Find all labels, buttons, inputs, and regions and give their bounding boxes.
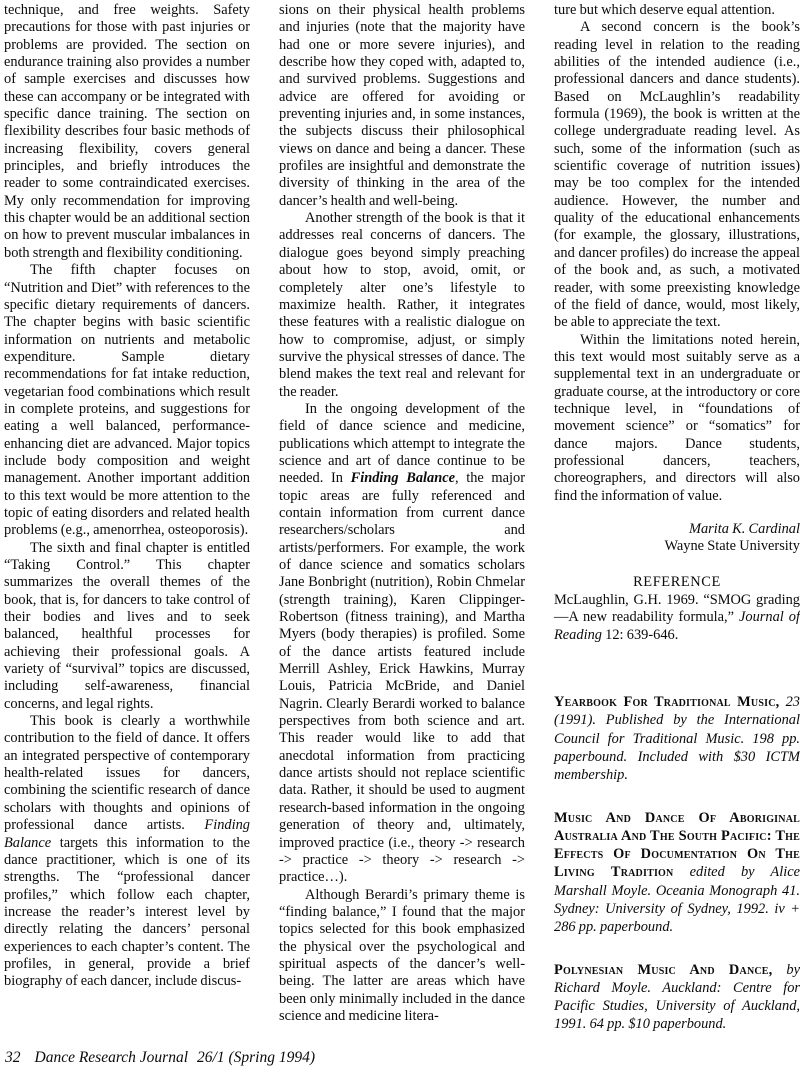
- text-run: ture but which deserve equal attention.: [554, 2, 775, 18]
- text-run: Wayne State University: [664, 538, 800, 554]
- text-run: Yearbook For Traditional Music,: [554, 694, 779, 710]
- text-run: 12: 639-646.: [602, 627, 678, 643]
- text-run: The fifth chapter focuses on “Nutrition …: [4, 262, 250, 538]
- column-3: ture but which deserve equal attention.A…: [554, 2, 800, 1034]
- body-indent: A second concern is the book’s reading l…: [554, 19, 800, 331]
- text-run: This book is clearly a worthwhile contri…: [4, 713, 250, 833]
- body-indent: The fifth chapter focuses on “Nutrition …: [4, 262, 250, 540]
- text-run: Within the limitations noted herein, thi…: [554, 332, 800, 504]
- section-heading: REFERENCE: [554, 574, 800, 591]
- book-entry: Polynesian Music And Dance, by Richard M…: [554, 961, 800, 1034]
- text-columns: technique, and free weights. Safety prec…: [4, 2, 800, 1034]
- text-run: Another strength of the book is that it …: [279, 210, 525, 399]
- page-footer: 32 Dance Research Journal 26/1 (Spring 1…: [5, 1049, 315, 1067]
- body-indent: This book is clearly a worthwhile contri…: [4, 713, 250, 991]
- body-continuation: ture but which deserve equal attention.: [554, 2, 800, 19]
- text-run: Although Berardi’s primary theme is “fin…: [279, 887, 525, 1024]
- body-continuation: technique, and free weights. Safety prec…: [4, 2, 250, 262]
- text-run: Polynesian Music And Dance,: [554, 962, 772, 978]
- journal-issue: 26/1 (Spring 1994): [197, 1049, 315, 1067]
- body-indent: The sixth and final chapter is entitled …: [4, 540, 250, 713]
- text-run: REFERENCE: [633, 574, 721, 590]
- journal-title: Dance Research Journal: [35, 1049, 189, 1067]
- book-entry: Music And Dance Of Aboriginal Australia …: [554, 809, 800, 937]
- reference: McLaughlin, G.H. 1969. “SMOG grading—A n…: [554, 592, 800, 644]
- text-run: The sixth and final chapter is entitled …: [4, 540, 250, 712]
- journal-page: technique, and free weights. Safety prec…: [0, 0, 800, 1076]
- text-run: targets this information to the dance pr…: [4, 835, 250, 990]
- book-entry-first: Yearbook For Traditional Music, 23 (1991…: [554, 693, 800, 784]
- attribution-name: Marita K. Cardinal: [554, 521, 800, 538]
- text-run: , the major topic areas are fully refere…: [279, 470, 525, 885]
- page-number: 32: [5, 1049, 21, 1067]
- text-run: technique, and free weights. Safety prec…: [4, 2, 250, 261]
- text-run: Marita K. Cardinal: [689, 521, 800, 537]
- body-indent: Although Berardi’s primary theme is “fin…: [279, 887, 525, 1026]
- text-run: Finding Balance: [351, 470, 455, 486]
- body-continuation: sions on their physical health problems …: [279, 2, 525, 210]
- body-indent: Within the limitations noted herein, thi…: [554, 332, 800, 505]
- text-run: sions on their physical health problems …: [279, 2, 525, 209]
- attribution-affiliation: Wayne State University: [554, 538, 800, 555]
- column-2: sions on their physical health problems …: [279, 2, 525, 1034]
- body-indent: In the ongoing development of the field …: [279, 401, 525, 887]
- body-indent: Another strength of the book is that it …: [279, 210, 525, 401]
- text-run: A second concern is the book’s reading l…: [554, 19, 800, 330]
- column-1: technique, and free weights. Safety prec…: [4, 2, 250, 1034]
